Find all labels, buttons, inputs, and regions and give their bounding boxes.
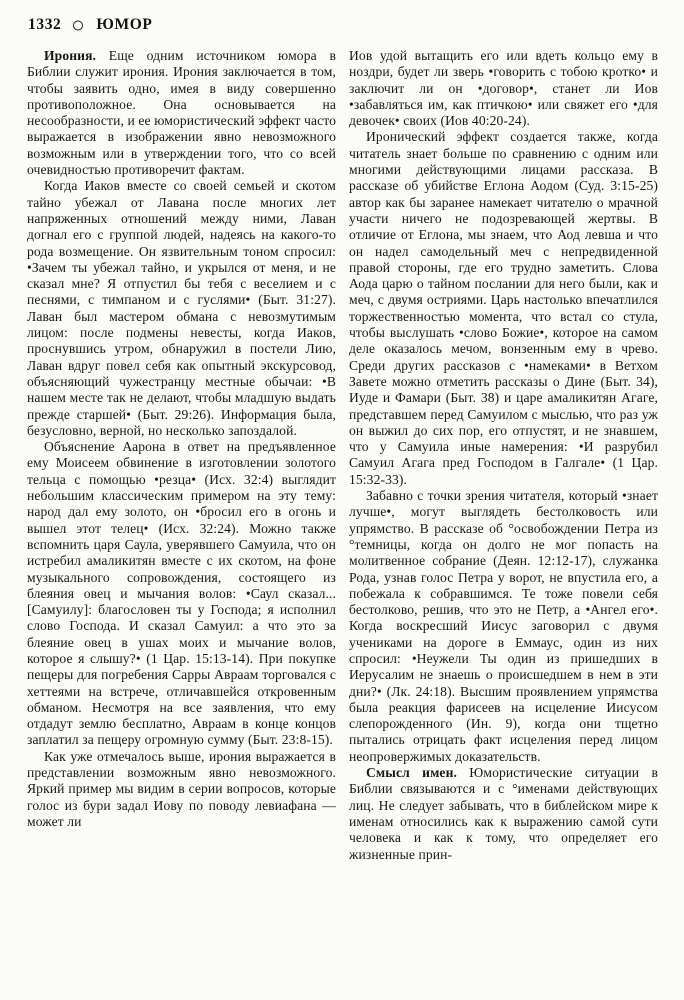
paragraph-text: Когда Иаков вместе со своей семьей и ско… [27,178,336,437]
left-column: Ирония. Еще одним источником юмора в Биб… [27,48,336,863]
page-number: 1332 [28,16,61,34]
paragraph-aaron-saul-abraham: Объяснение Аарона в ответ на предъявленн… [27,439,336,749]
paragraph-text: Забавно с точки зрения читателя, который… [349,488,658,764]
paragraph-lead: Ирония. [44,48,96,63]
running-head: 1332 ЮМОР [28,16,658,34]
open-circle-icon [73,21,83,31]
book-page: 1332 ЮМОР Ирония. Еще одним источником ю… [0,0,684,1000]
paragraph-meaning-of-names: Смысл имен. Юмористические ситуации в Би… [349,765,658,863]
paragraph-text: Как уже отмечалось выше, ирония выражает… [27,749,336,829]
text-columns: Ирония. Еще одним источником юмора в Биб… [27,48,658,863]
paragraph-lead: Смысл имен. [366,765,457,780]
paragraph-reader-knows-more: Иронический эффект создается также, когд… [349,129,658,488]
right-column: Иов удой вытащить его или вдеть кольцо е… [349,48,658,863]
paragraph-text: Объяснение Аарона в ответ на предъявленн… [27,439,336,747]
paragraph-peter-rhoda: Забавно с точки зрения читателя, который… [349,488,658,765]
section-title: ЮМОР [96,16,152,34]
paragraph-text: Иов удой вытащить его или вдеть кольцо е… [349,48,658,128]
paragraph-text: Еще одним источником юмора в Библии служ… [27,48,336,177]
paragraph-leviathan-continued: Иов удой вытащить его или вдеть кольцо е… [349,48,658,129]
paragraph-leviathan-questions: Как уже отмечалось выше, ирония выражает… [27,749,336,830]
paragraph-irony-intro: Ирония. Еще одним источником юмора в Биб… [27,48,336,178]
paragraph-text: Иронический эффект создается также, когд… [349,129,658,486]
paragraph-jacob-laban: Когда Иаков вместе со своей семьей и ско… [27,178,336,439]
